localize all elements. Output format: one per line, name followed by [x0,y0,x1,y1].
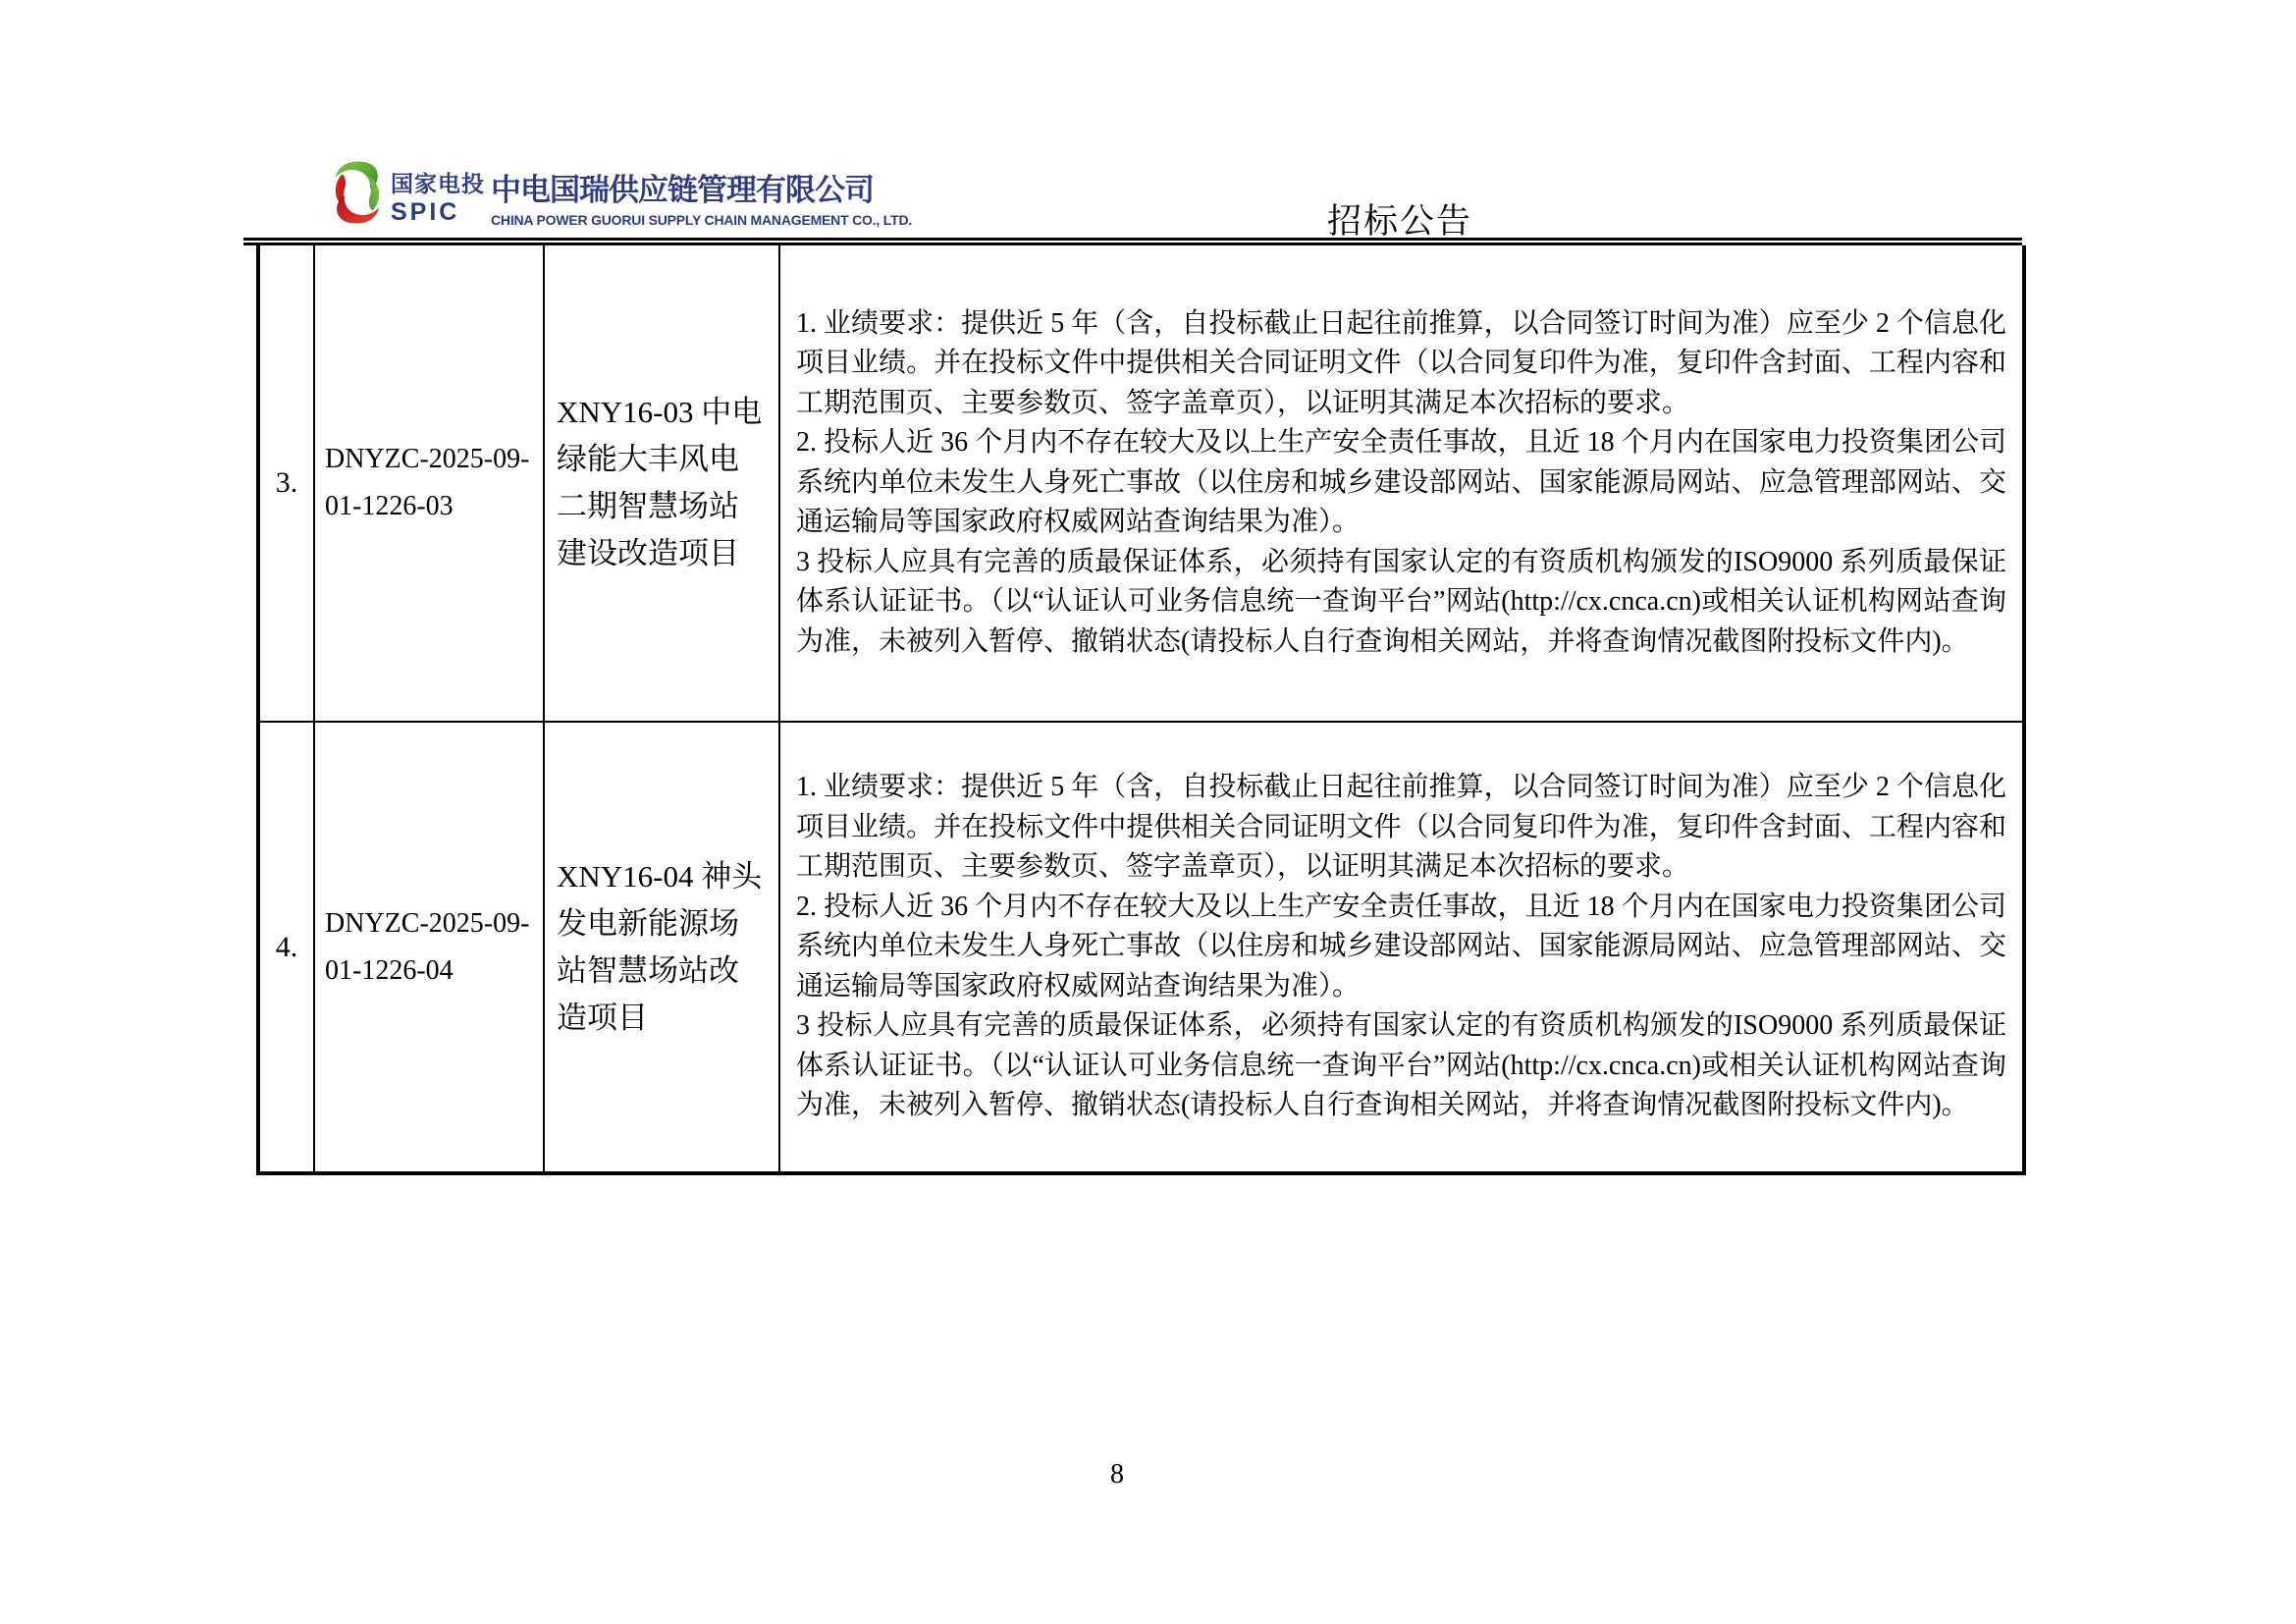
bid-sections-table: 3. DNYZC-2025-09-01-1226-03 XNY16-03 中电绿… [256,245,2026,1175]
document-page: 国家电投 SPIC 中电国瑞供应链管理有限公司 CHINA POWER GUOR… [0,0,2296,1624]
section-code: DNYZC-2025-09-01-1226-03 [315,436,543,530]
requirement-item: 1. 业绩要求：提供近 5 年（含，自投标截止日起往前推算，以合同签订时间为准）… [796,768,2006,888]
company-name-en: CHINA POWER GUORUI SUPPLY CHAIN MANAGEME… [491,213,912,227]
brand-name-cn: 国家电投 [391,173,485,195]
project-name-cell: XNY16-04 神头发电新能源场站智慧场站改造项目 [544,722,779,1173]
table-row: 3. DNYZC-2025-09-01-1226-03 XNY16-03 中电绿… [258,245,2024,722]
section-code-cell: DNYZC-2025-09-01-1226-04 [314,722,544,1173]
requirement-item: 1. 业绩要求：提供近 5 年（含，自投标截止日起往前推算，以合同签订时间为准）… [796,304,2006,424]
requirement-item: 2. 投标人近 36 个月内不存在较大及以上生产安全责任事故，且近 18 个月内… [796,423,2006,543]
project-name: XNY16-03 中电绿能大丰风电二期智慧场站建设改造项目 [545,389,778,577]
requirement-item: 2. 投标人近 36 个月内不存在较大及以上生产安全责任事故，且近 18 个月内… [796,888,2006,1007]
company-name-block: 中电国瑞供应链管理有限公司 CHINA POWER GUORUI SUPPLY … [491,175,912,227]
section-code-cell: DNYZC-2025-09-01-1226-03 [314,245,544,722]
spic-logo-icon [332,159,383,226]
table-row: 4. DNYZC-2025-09-01-1226-04 XNY16-04 神头发… [258,722,2024,1173]
row-number: 4. [260,931,313,964]
brand-name-en: SPIC [391,200,485,225]
spic-brand-block: 国家电投 SPIC [391,173,485,225]
requirement-item: 3 投标人应具有完善的质最保证体系，必须持有国家认定的有资质机构颁发的ISO90… [796,1006,2006,1126]
header-double-rule [243,238,2022,245]
project-name-cell: XNY16-03 中电绿能大丰风电二期智慧场站建设改造项目 [544,245,779,722]
requirements-cell: 1. 业绩要求：提供近 5 年（含，自投标截止日起往前推算，以合同签订时间为准）… [779,722,2024,1173]
row-number-cell: 4. [258,722,314,1173]
page-title: 招标公告 [1327,194,1472,244]
row-number-cell: 3. [258,245,314,722]
project-name: XNY16-04 神头发电新能源场站智慧场站改造项目 [545,853,778,1042]
company-name-cn: 中电国瑞供应链管理有限公司 [491,175,912,205]
requirement-item: 3 投标人应具有完善的质最保证体系，必须持有国家认定的有资质机构颁发的ISO90… [796,543,2006,663]
page-number: 8 [1097,1459,1137,1490]
row-number: 3. [260,466,313,500]
section-code: DNYZC-2025-09-01-1226-04 [315,900,543,995]
requirements-cell: 1. 业绩要求：提供近 5 年（含，自投标截止日起往前推算，以合同签订时间为准）… [779,245,2024,722]
